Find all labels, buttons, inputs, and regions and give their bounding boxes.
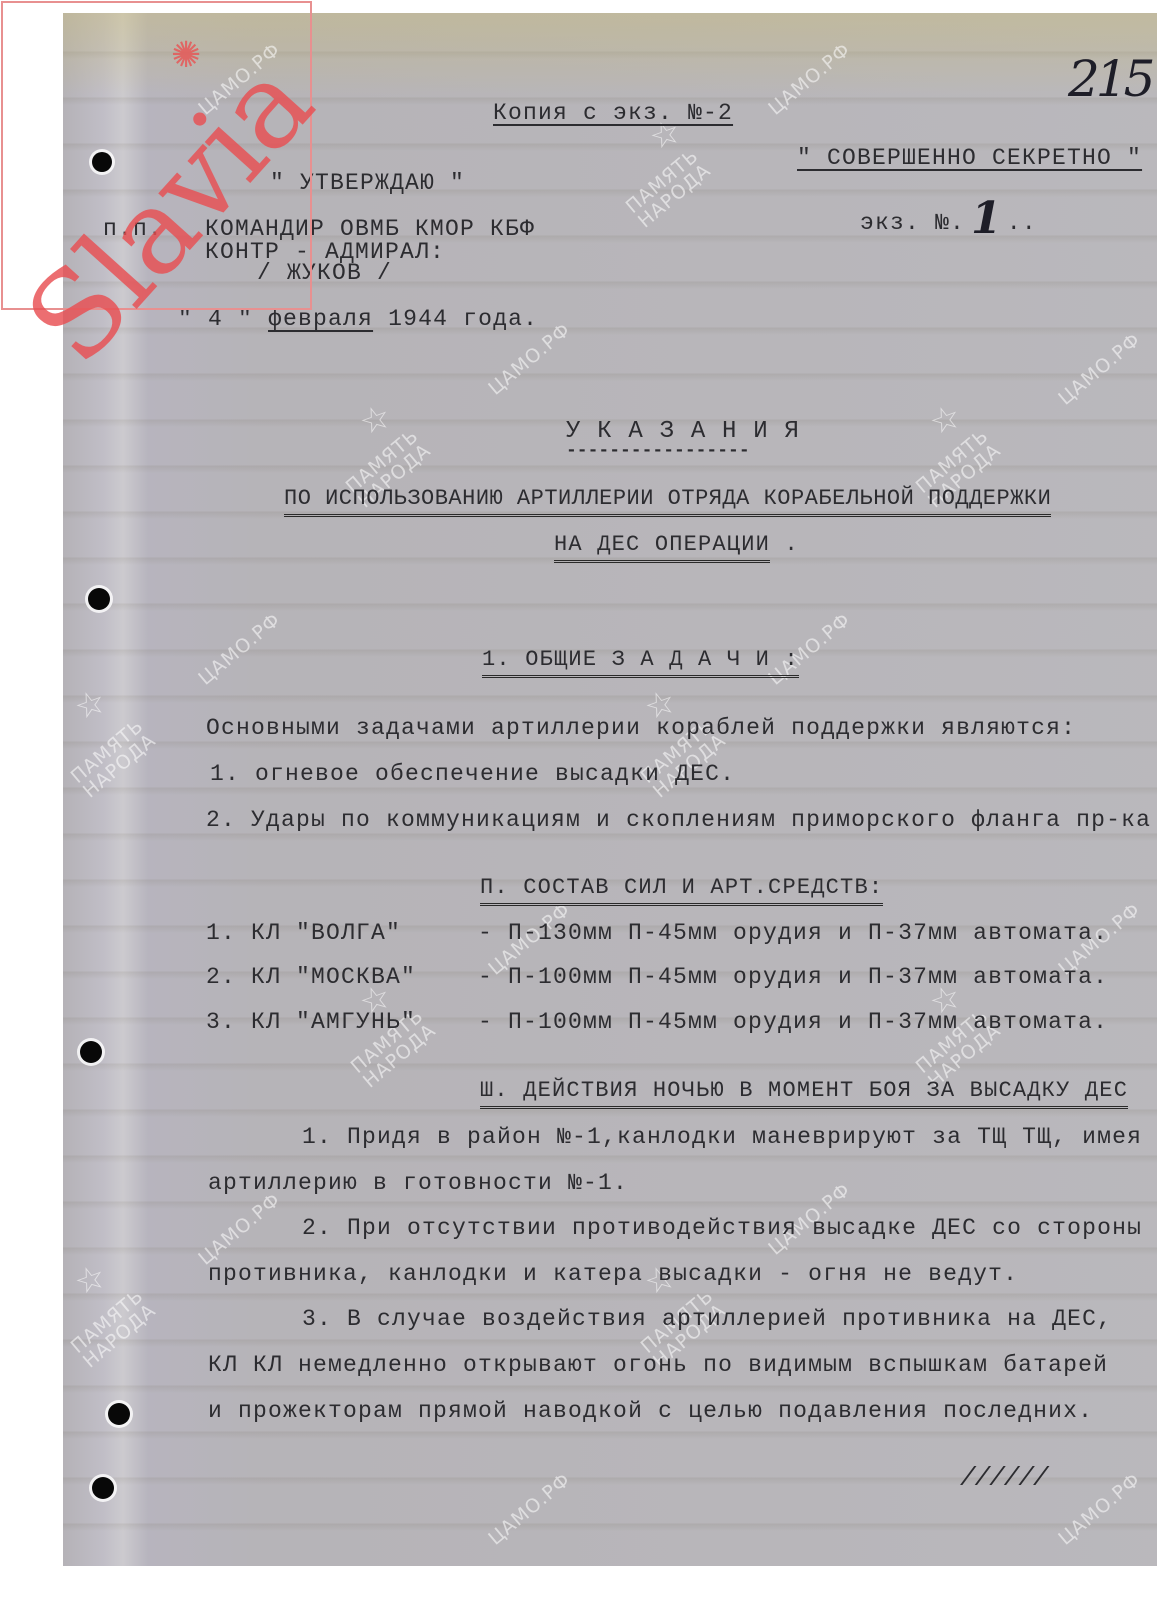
punch-hole [88, 588, 110, 610]
ship-armament: - П-130мм П-45мм орудия и П-37мм автомат… [478, 922, 1108, 945]
paragraph-first-line: 1. Придя в район №-1,канлодки маневрирую… [302, 1126, 1142, 1149]
paragraph-continuation: артиллерию в готовности №-1. [208, 1172, 628, 1195]
subtitle-line-2: НА ДЕС ОПЕРАЦИИ . [554, 534, 799, 556]
section-heading-text: П. СОСТАВ СИЛ И АРТ.СРЕДСТВ: [480, 875, 883, 906]
classification-text: " СОВЕРШЕННО СЕКРЕТНО " [797, 145, 1142, 171]
subtitle-text: ПО ИСПОЛЬЗОВАНИЮ АРТИЛЛЕРИИ ОТРЯДА КОРАБ… [284, 486, 1051, 517]
section-heading-text: 1. ОБЩИЕ З А Д А Ч И : [482, 647, 799, 678]
date-year: 1944 года. [388, 306, 538, 332]
approval-date: " 4 " февраля 1944 года. [178, 308, 538, 331]
section-intro: Основными задачами артиллерии кораблей п… [206, 717, 1076, 740]
copy-number-handwritten: 1 [971, 193, 1003, 244]
subtitle-end: . [770, 532, 799, 557]
subtitle-line-1: ПО ИСПОЛЬЗОВАНИЮ АРТИЛЛЕРИИ ОТРЯДА КОРАБ… [284, 488, 1051, 510]
section-heading-1: 1. ОБЩИЕ З А Д А Ч И : [482, 649, 799, 671]
subtitle-text: НА ДЕС ОПЕРАЦИИ [554, 532, 770, 563]
paragraph-continuation: и прожекторам прямой наводкой с целью по… [208, 1400, 1093, 1423]
ship-name: 3. КЛ "АМГУНЬ" [206, 1011, 416, 1034]
ship-armament: - П-100мм П-45мм орудия и П-37мм автомат… [478, 966, 1108, 989]
punch-hole [108, 1403, 130, 1425]
punch-hole [92, 1477, 114, 1499]
ship-name: 1. КЛ "ВОЛГА" [206, 922, 401, 945]
list-item: 1. огневое обеспечение высадки ДЕС. [210, 763, 735, 786]
paragraph-continuation: противника, канлодки и катера высадки - … [208, 1263, 1018, 1286]
ship-name: 2. КЛ "МОСКВА" [206, 966, 416, 989]
title-rule: ----------------- [566, 442, 750, 460]
paragraph-first-line: 2. При отсутствии противодействия высадк… [302, 1217, 1142, 1240]
slavia-stamp: ✺ Slavia [1, 1, 312, 310]
page-number-handwritten: 215 [1068, 50, 1151, 108]
paragraph-first-line: 3. В случае воздействия артиллерией прот… [302, 1308, 1112, 1331]
sun-icon: ✺ [171, 35, 201, 76]
ship-armament: - П-100мм П-45мм орудия и П-37мм автомат… [478, 1011, 1108, 1034]
section-heading-2: П. СОСТАВ СИЛ И АРТ.СРЕДСТВ: [480, 877, 883, 899]
list-item: 2. Удары по коммуникациям и скоплениям п… [206, 809, 1151, 832]
copy-number: экз. №.1.. [860, 193, 1037, 237]
copy-number-label: экз. №. [860, 210, 965, 236]
paragraph-continuation: КЛ КЛ немедленно открывают огонь по види… [208, 1354, 1108, 1377]
classification-label: " СОВЕРШЕННО СЕКРЕТНО " [797, 147, 1142, 170]
copy-number-suffix: .. [1007, 210, 1037, 236]
section-heading-3: Ш. ДЕЙСТВИЯ НОЧЬЮ В МОМЕНТ БОЯ ЗА ВЫСАДК… [480, 1080, 1128, 1102]
end-mark: ////// [960, 1465, 1048, 1491]
copy-note: Копия с экз. №-2 [493, 102, 733, 125]
section-heading-text: Ш. ДЕЙСТВИЯ НОЧЬЮ В МОМЕНТ БОЯ ЗА ВЫСАДК… [480, 1078, 1128, 1109]
punch-hole [80, 1041, 102, 1063]
